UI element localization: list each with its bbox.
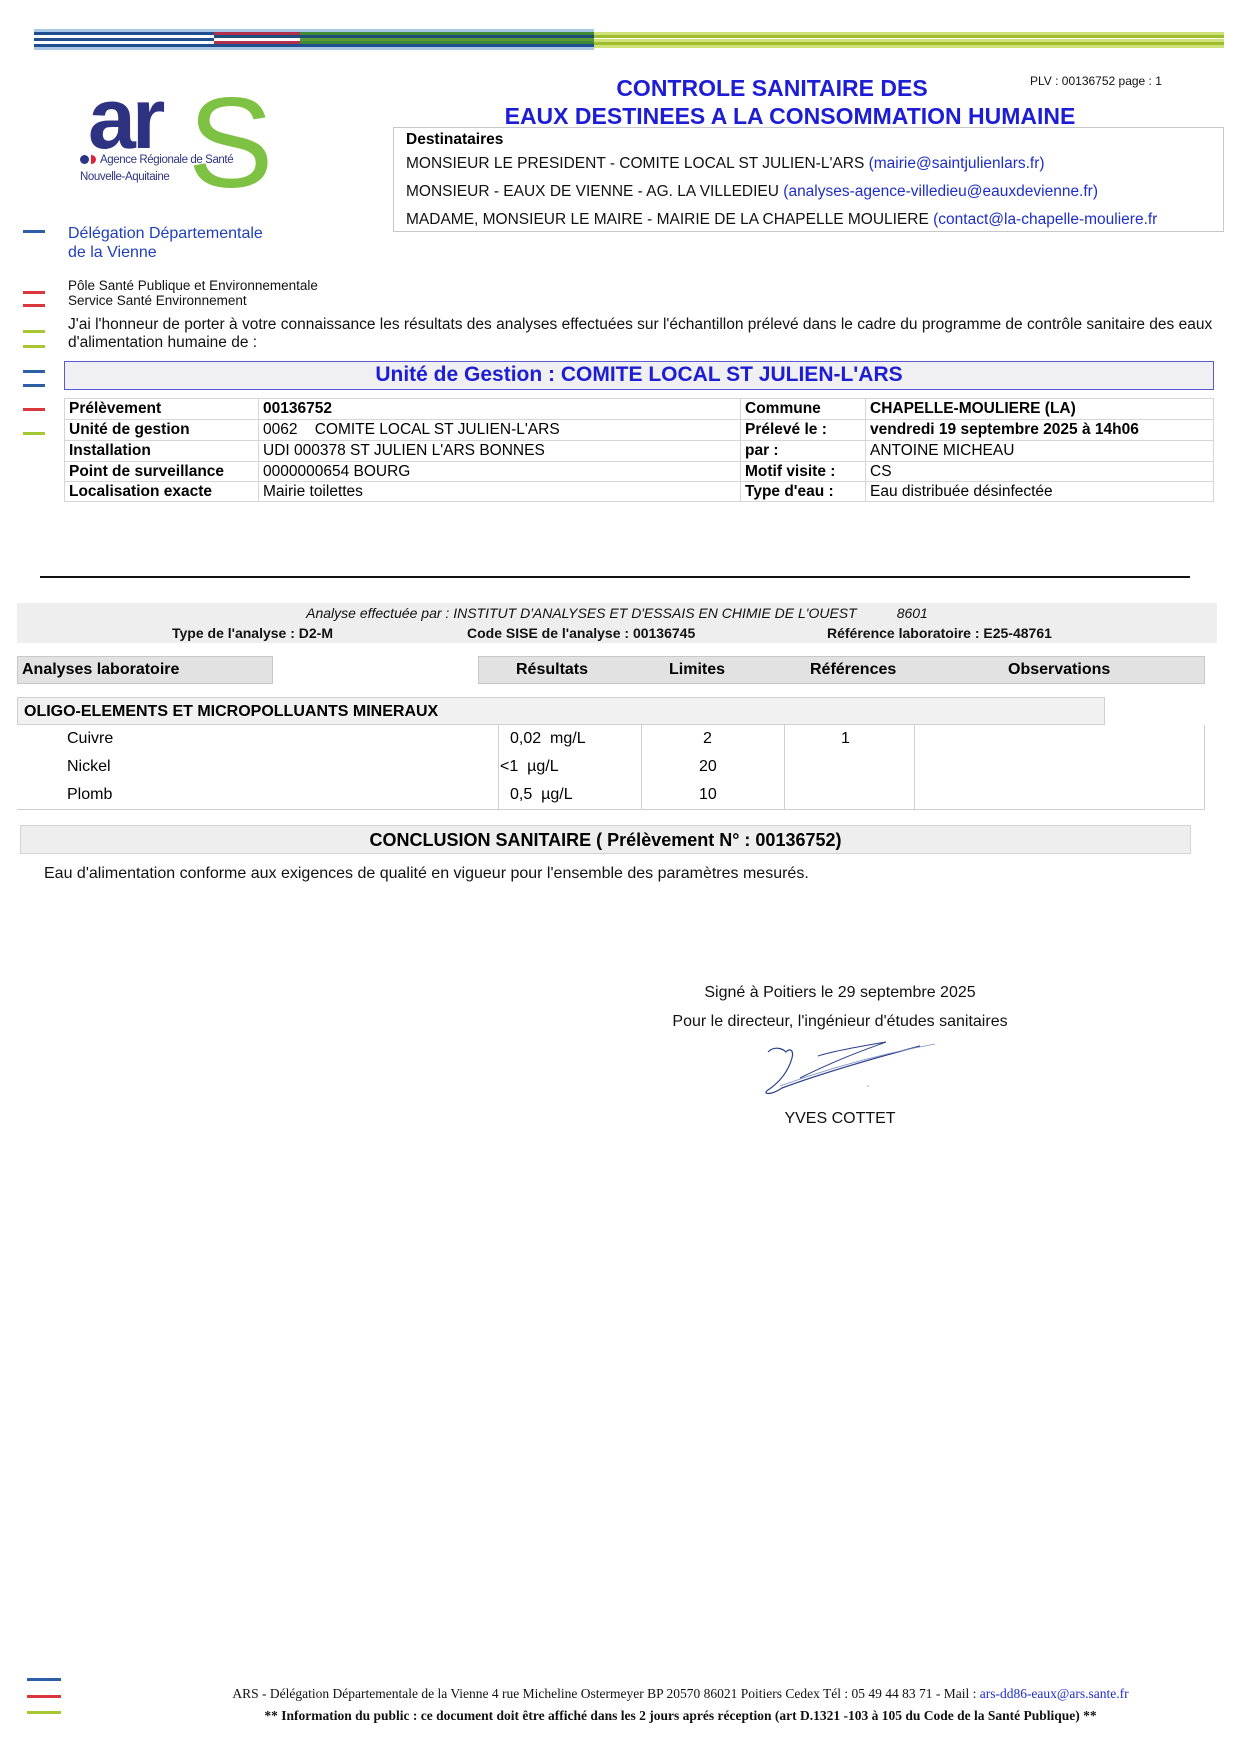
header-stripes <box>34 29 1224 51</box>
column-header-limites: Limites <box>669 657 725 683</box>
delegation-name: Délégation Départementale de la Vienne <box>68 224 263 262</box>
recipient-line: MADAME, MONSIEUR LE MAIRE - MAIRIE DE LA… <box>406 206 1211 232</box>
recipient-email[interactable]: (mairie@saintjulienlars.fr) <box>869 155 1045 172</box>
recipients-heading: Destinataires <box>406 130 1211 150</box>
recipient-line: MONSIEUR - EAUX DE VIENNE - AG. LA VILLE… <box>406 178 1211 206</box>
sample-info-table: Prélèvement 00136752 Commune CHAPELLE-MO… <box>64 398 1214 502</box>
recipient-email[interactable]: (analyses-agence-villedieu@eauxdevienne.… <box>783 183 1098 200</box>
footer-mark-blue <box>27 1678 61 1681</box>
margin-mark-green <box>23 345 45 348</box>
margin-mark-blue <box>23 384 45 387</box>
margin-mark-red <box>23 291 45 294</box>
parameter-group-header: OLIGO-ELEMENTS ET MICROPOLLUANTS MINERAU… <box>17 697 1105 725</box>
lab-reference: Référence laboratoire : E25-48761 <box>827 625 1052 641</box>
signature-block: Signé à Poitiers le 29 septembre 2025 Po… <box>640 978 1040 1036</box>
column-header-observations: Observations <box>1008 657 1110 683</box>
plv-page-info: PLV : 00136752 page : 1 <box>1030 74 1162 88</box>
logo-dot-icon <box>80 155 89 164</box>
margin-mark-blue <box>23 230 45 233</box>
results-column-headers: Résultats Limites Références Observation… <box>478 656 1205 684</box>
intro-text: J'ai l'honneur de porter à votre connais… <box>68 316 1218 352</box>
column-header-analyses: Analyses laboratoire <box>17 656 273 684</box>
table-row: Point de surveillance 0000000654 BOURG M… <box>65 462 1214 482</box>
table-row: Cuivre 0,02 mg/L 2 1 <box>17 725 1205 753</box>
margin-mark-green <box>23 330 45 333</box>
table-row: Installation UDI 000378 ST JULIEN L'ARS … <box>65 441 1214 462</box>
analysis-info-band: Analyse effectuée par : INSTITUT D'ANALY… <box>17 603 1217 643</box>
analysis-performed-by: Analyse effectuée par : INSTITUT D'ANALY… <box>17 605 1217 621</box>
conclusion-heading: CONCLUSION SANITAIRE ( Prélèvement N° : … <box>20 825 1191 854</box>
unite-gestion-banner: Unité de Gestion : COMITE LOCAL ST JULIE… <box>64 361 1214 390</box>
ars-logo: ar S Agence Régionale de Santé Nouvelle-… <box>80 92 280 207</box>
signature-role: Pour le directeur, l'ingénieur d'études … <box>640 1007 1040 1036</box>
signature-place-date: Signé à Poitiers le 29 septembre 2025 <box>640 978 1040 1007</box>
recipients-box: Destinataires MONSIEUR LE PRESIDENT - CO… <box>393 127 1224 232</box>
footer-public-notice: ** Information du public : ce document d… <box>0 1708 1241 1724</box>
service-name: Pôle Santé Publique et Environnementale … <box>68 278 318 308</box>
column-header-resultats: Résultats <box>516 657 588 683</box>
table-row: Prélèvement 00136752 Commune CHAPELLE-MO… <box>65 399 1214 420</box>
divider <box>40 576 1190 578</box>
table-row: Unité de gestion 0062 COMITE LOCAL ST JU… <box>65 420 1214 441</box>
margin-mark-green <box>23 432 45 435</box>
recipient-email[interactable]: (contact@la-chapelle-mouliere.fr <box>933 211 1157 228</box>
recipient-line: MONSIEUR LE PRESIDENT - COMITE LOCAL ST … <box>406 150 1211 178</box>
logo-agence: Agence Régionale de Santé <box>80 154 233 166</box>
conclusion-text: Eau d'alimentation conforme aux exigence… <box>44 864 809 884</box>
column-header-references: Références <box>810 657 896 683</box>
footer-address: ARS - Délégation Départementale de la Vi… <box>0 1686 1241 1702</box>
logo-s-text: S <box>188 80 273 208</box>
logo-region: Nouvelle-Aquitaine <box>80 171 169 183</box>
results-rows: Cuivre 0,02 mg/L 2 1 Nickel <1 µg/L 20 P… <box>17 725 1205 810</box>
signer-name: YVES COTTET <box>640 1110 1040 1128</box>
margin-mark-blue <box>23 370 45 373</box>
margin-mark-red <box>23 304 45 307</box>
table-row: Nickel <1 µg/L 20 <box>17 753 1205 781</box>
handwritten-signature <box>760 1038 940 1098</box>
table-row: Localisation exacte Mairie toilettes Typ… <box>65 482 1214 502</box>
margin-mark-red <box>23 408 45 411</box>
footer-email-link[interactable]: ars-dd86-eaux@ars.sante.fr <box>980 1686 1129 1701</box>
analysis-sise-code: Code SISE de l'analyse : 00136745 <box>467 625 695 641</box>
logo-half-circle-icon <box>91 155 96 164</box>
table-row: Plomb 0,5 µg/L 10 <box>17 781 1205 809</box>
analysis-type: Type de l'analyse : D2-M <box>172 625 333 641</box>
